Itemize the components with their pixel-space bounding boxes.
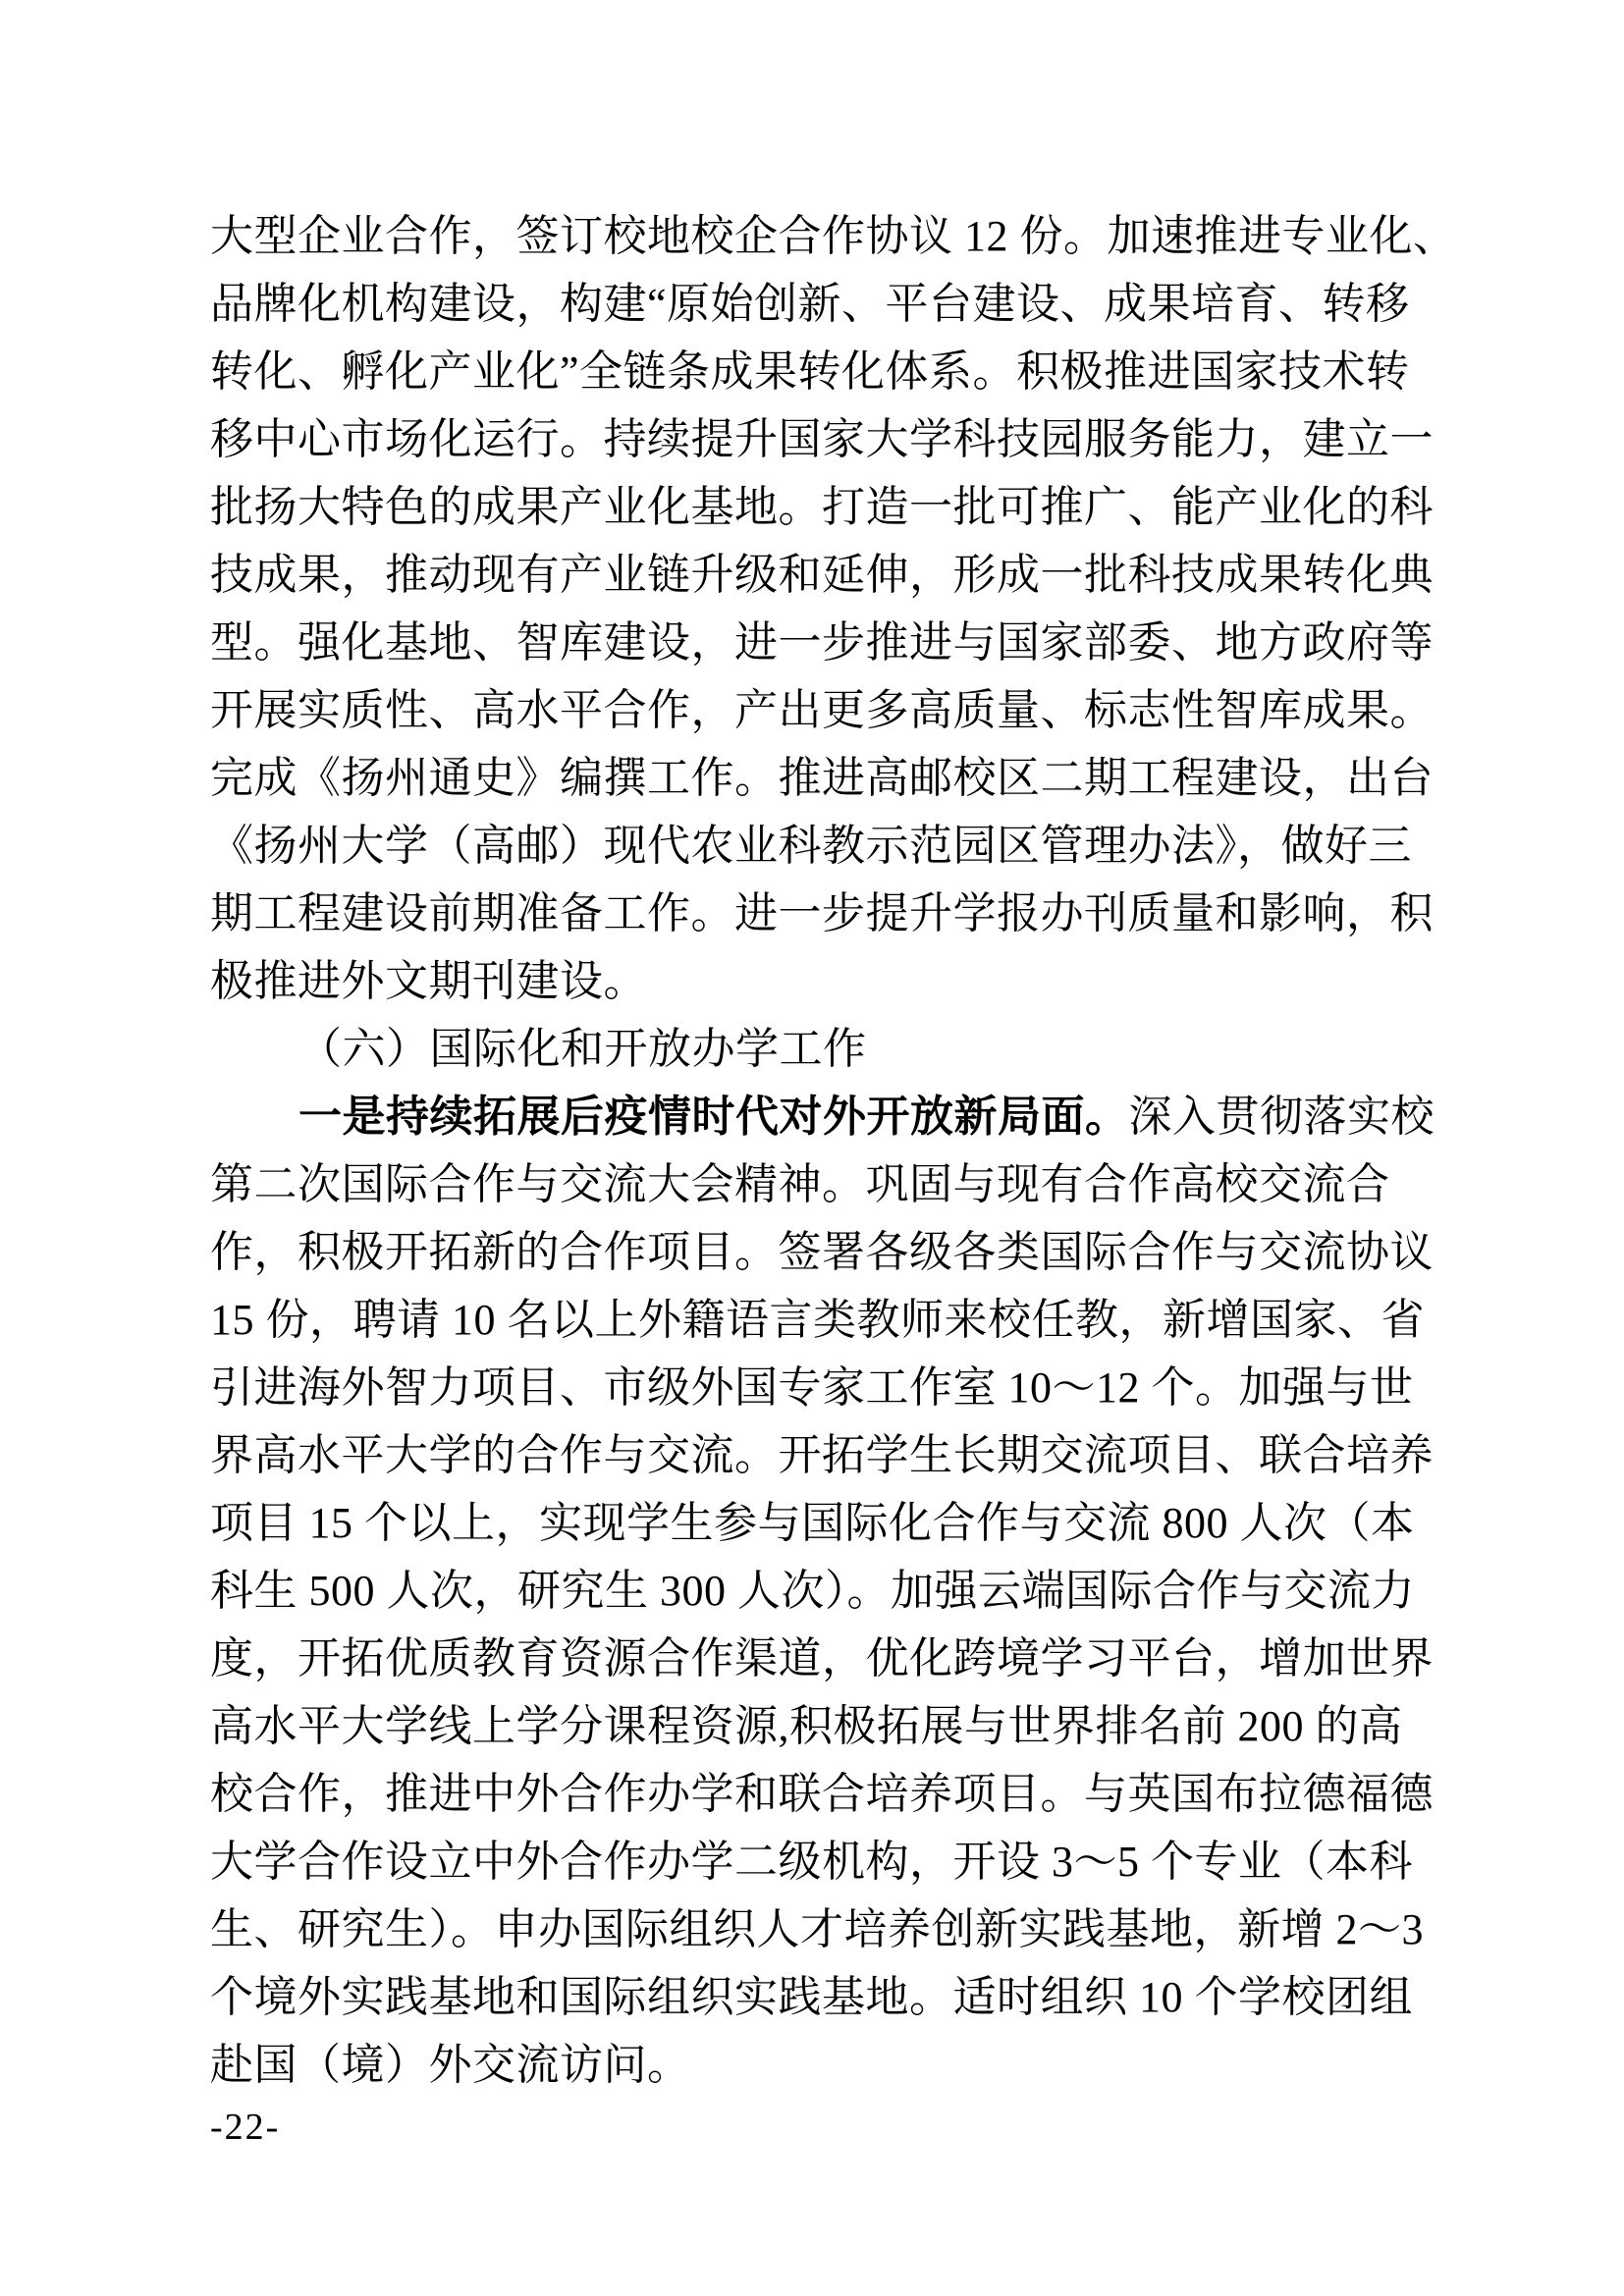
text-segment: 15 份，聘请 10 名以上外籍语言类教师来校任教，新增国家、省: [210, 1296, 1425, 1344]
text-line: 大型企业合作，签订校地校企合作协议 12 份。加速推进专业化、: [210, 202, 1433, 270]
text-segment: 移中心市场化运行。持续提升国家大学科技园服务能力，建立一: [210, 415, 1434, 463]
text-segment: 型。强化基地、智库建设，进一步推进与国家部委、地方政府等: [210, 618, 1434, 667]
text-segment: （六）国际化和开放办学工作: [298, 1025, 867, 1073]
text-line: 第二次国际合作与交流大会精神。巩固与现有合作高校交流合: [210, 1150, 1433, 1218]
text-line: 一是持续拓展后疫情时代对外开放新局面。深入贯彻落实校: [210, 1083, 1433, 1150]
bold-lead-in: 一是持续拓展后疫情时代对外开放新局面。: [298, 1093, 1129, 1141]
text-line: 项目 15 个以上，实现学生参与国际化合作与交流 800 人次（本: [210, 1489, 1433, 1557]
text-segment: 作，积极开拓新的合作项目。签署各级各类国际合作与交流协议: [210, 1228, 1434, 1276]
text-line: 个境外实践基地和国际组织实践基地。适时组织 10 个学校团组: [210, 1963, 1433, 2031]
text-line: 型。强化基地、智库建设，进一步推进与国家部委、地方政府等: [210, 609, 1433, 676]
text-segment: 技成果，推动现有产业链升级和延伸，形成一批科技成果转化典: [210, 551, 1434, 599]
text-line: 赴国（境）外交流访问。: [210, 2031, 1433, 2099]
text-segment: 赴国（境）外交流访问。: [210, 2041, 691, 2089]
text-segment: 项目 15 个以上，实现学生参与国际化合作与交流 800 人次（本: [210, 1499, 1415, 1547]
text-segment: 校合作，推进中外合作办学和联合培养项目。与英国布拉德福德: [210, 1770, 1434, 1818]
text-segment: 科生 500 人次，研究生 300 人次）。加强云端国际合作与交流力: [210, 1567, 1415, 1615]
text-line: 期工程建设前期准备工作。进一步提升学报办刊质量和影响，积: [210, 880, 1433, 947]
text-segment: 生、研究生）。申办国际组织人才培养创新实践基地，新增 2～3: [210, 1905, 1424, 1953]
text-segment: 开展实质性、高水平合作，产出更多高质量、标志性智库成果。: [210, 686, 1434, 734]
text-segment: 批扬大特色的成果产业化基地。打造一批可推广、能产业化的科: [210, 483, 1434, 531]
text-line: 批扬大特色的成果产业化基地。打造一批可推广、能产业化的科: [210, 473, 1433, 541]
text-line: 转化、孵化产业化”全链条成果转化体系。积极推进国家技术转: [210, 338, 1433, 405]
text-line: 度，开拓优质教育资源合作渠道，优化跨境学习平台，增加世界: [210, 1625, 1433, 1692]
section-heading: （六）国际化和开放办学工作: [210, 1015, 1433, 1083]
text-segment: 《扬州大学（高邮）现代农业科教示范园区管理办法》，做好三: [210, 822, 1412, 870]
text-line: 移中心市场化运行。持续提升国家大学科技园服务能力，建立一: [210, 405, 1433, 473]
text-block: 大型企业合作，签订校地校企合作协议 12 份。加速推进专业化、品牌化机构建设，构…: [210, 202, 1433, 2099]
text-line: 校合作，推进中外合作办学和联合培养项目。与英国布拉德福德: [210, 1760, 1433, 1828]
text-line: 作，积极开拓新的合作项目。签署各级各类国际合作与交流协议: [210, 1218, 1433, 1286]
text-line: 科生 500 人次，研究生 300 人次）。加强云端国际合作与交流力: [210, 1557, 1433, 1625]
text-segment: 高水平大学线上学分课程资源,积极拓展与世界排名前 200 的高: [210, 1702, 1403, 1750]
text-line: 完成《扬州通史》编撰工作。推进高邮校区二期工程建设，出台: [210, 744, 1433, 812]
text-segment: 大学合作设立中外合作办学二级机构，开设 3～5 个专业（本科: [210, 1838, 1413, 1886]
text-segment: 极推进外文期刊建设。: [210, 957, 647, 1005]
text-segment: 界高水平大学的合作与交流。开拓学生长期交流项目、联合培养: [210, 1431, 1434, 1479]
text-segment: 第二次国际合作与交流大会精神。巩固与现有合作高校交流合: [210, 1160, 1390, 1208]
text-line: 界高水平大学的合作与交流。开拓学生长期交流项目、联合培养: [210, 1421, 1433, 1489]
text-segment: 引进海外智力项目、市级外国专家工作室 10～12 个。加强与世: [210, 1363, 1414, 1412]
text-line: 极推进外文期刊建设。: [210, 947, 1433, 1015]
text-segment: 个境外实践基地和国际组织实践基地。适时组织 10 个学校团组: [210, 1973, 1413, 2021]
text-line: 高水平大学线上学分课程资源,积极拓展与世界排名前 200 的高: [210, 1692, 1433, 1760]
text-line: 引进海外智力项目、市级外国专家工作室 10～12 个。加强与世: [210, 1354, 1433, 1421]
text-segment: 品牌化机构建设，构建“原始创新、平台建设、成果培育、转移: [210, 280, 1410, 328]
text-line: 15 份，聘请 10 名以上外籍语言类教师来校任教，新增国家、省: [210, 1286, 1433, 1354]
text-line: 技成果，推动现有产业链升级和延伸，形成一批科技成果转化典: [210, 541, 1433, 609]
text-line: 开展实质性、高水平合作，产出更多高质量、标志性智库成果。: [210, 676, 1433, 744]
text-segment: 度，开拓优质教育资源合作渠道，优化跨境学习平台，增加世界: [210, 1634, 1434, 1682]
text-line: 《扬州大学（高邮）现代农业科教示范园区管理办法》，做好三: [210, 812, 1433, 880]
text-segment: 完成《扬州通史》编撰工作。推进高邮校区二期工程建设，出台: [210, 754, 1434, 802]
text-line: 品牌化机构建设，构建“原始创新、平台建设、成果培育、转移: [210, 270, 1433, 338]
text-segment: 深入贯彻落实校: [1129, 1093, 1435, 1141]
page-number: -22-: [210, 2105, 280, 2150]
document-page: 大型企业合作，签订校地校企合作协议 12 份。加速推进专业化、品牌化机构建设，构…: [0, 0, 1624, 2296]
text-segment: 大型企业合作，签订校地校企合作协议 12 份。加速推进专业化、: [210, 212, 1457, 260]
text-segment: 期工程建设前期准备工作。进一步提升学报办刊质量和影响，积: [210, 889, 1434, 937]
text-line: 大学合作设立中外合作办学二级机构，开设 3～5 个专业（本科: [210, 1828, 1433, 1896]
text-segment: 转化、孵化产业化”全链条成果转化体系。积极推进国家技术转: [210, 347, 1410, 396]
text-line: 生、研究生）。申办国际组织人才培养创新实践基地，新增 2～3: [210, 1896, 1433, 1963]
